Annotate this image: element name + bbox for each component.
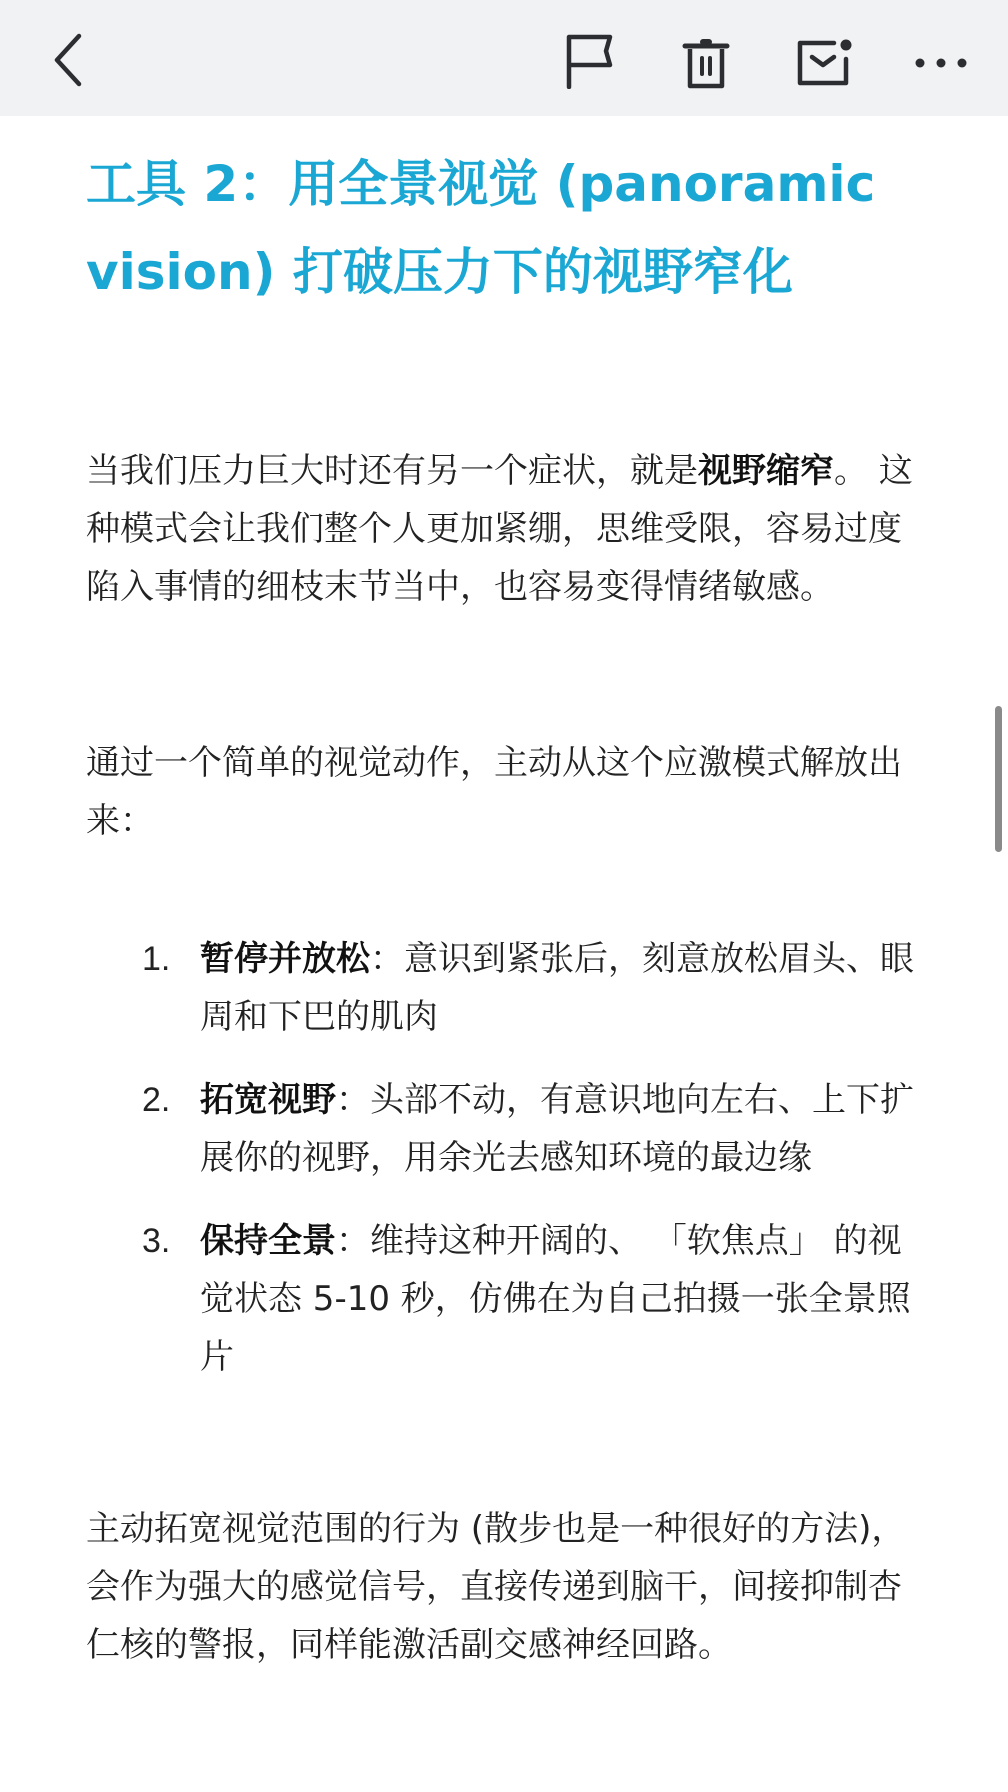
toolbar	[0, 0, 1008, 116]
article-heading: 工具 2：用全景视觉 (panoramic vision) 打破压力下的视野窄化	[86, 140, 916, 316]
flag-button[interactable]	[560, 30, 620, 92]
step-title: 暂停并放松	[200, 939, 370, 979]
more-horizontal-icon	[913, 56, 969, 70]
trash-icon	[681, 36, 731, 90]
step-title: 保持全景	[200, 1221, 336, 1261]
intro-paragraph: 当我们压力巨大时还有另一个症状，就是视野缩窄。 这种模式会让我们整个人更加紧绷，…	[86, 442, 916, 616]
step-number: 1.	[142, 930, 170, 988]
list-item: 1.暂停并放松：意识到紧张后，刻意放松眉头、眼周和下巴的肌肉	[142, 930, 922, 1046]
list-item: 2.拓宽视野：头部不动，有意识地向左右、上下扩展你的视野，用余光去感知环境的最边…	[142, 1071, 922, 1187]
step-number: 3.	[142, 1212, 170, 1270]
lead-paragraph: 通过一个简单的视觉动作，主动从这个应激模式解放出来：	[86, 734, 916, 850]
scrollbar[interactable]	[995, 706, 1002, 852]
delete-button[interactable]	[678, 32, 734, 94]
more-button[interactable]	[906, 38, 976, 88]
mark-unread-button[interactable]	[792, 32, 856, 92]
intro-bold-term: 视野缩窄	[698, 451, 834, 491]
closing-paragraph: 主动拓宽视觉范围的行为 (散步也是一种很好的方法)，会作为强大的感觉信号，直接传…	[86, 1500, 916, 1674]
flag-icon	[565, 33, 615, 89]
intro-text: 当我们压力巨大时还有另一个症状，就是	[86, 451, 698, 491]
step-number: 2.	[142, 1071, 170, 1129]
article-body: 工具 2：用全景视觉 (panoramic vision) 打破压力下的视野窄化…	[86, 140, 916, 316]
mail-unread-icon	[794, 35, 854, 89]
chevron-left-icon	[53, 33, 83, 87]
step-title: 拓宽视野	[200, 1080, 336, 1120]
list-item: 3.保持全景：维持这种开阔的、 「软焦点」 的视觉状态 5-10 秒，仿佛在为自…	[142, 1212, 922, 1386]
steps-list: 1.暂停并放松：意识到紧张后，刻意放松眉头、眼周和下巴的肌肉 2.拓宽视野：头部…	[142, 930, 922, 1411]
back-button[interactable]	[42, 30, 94, 90]
